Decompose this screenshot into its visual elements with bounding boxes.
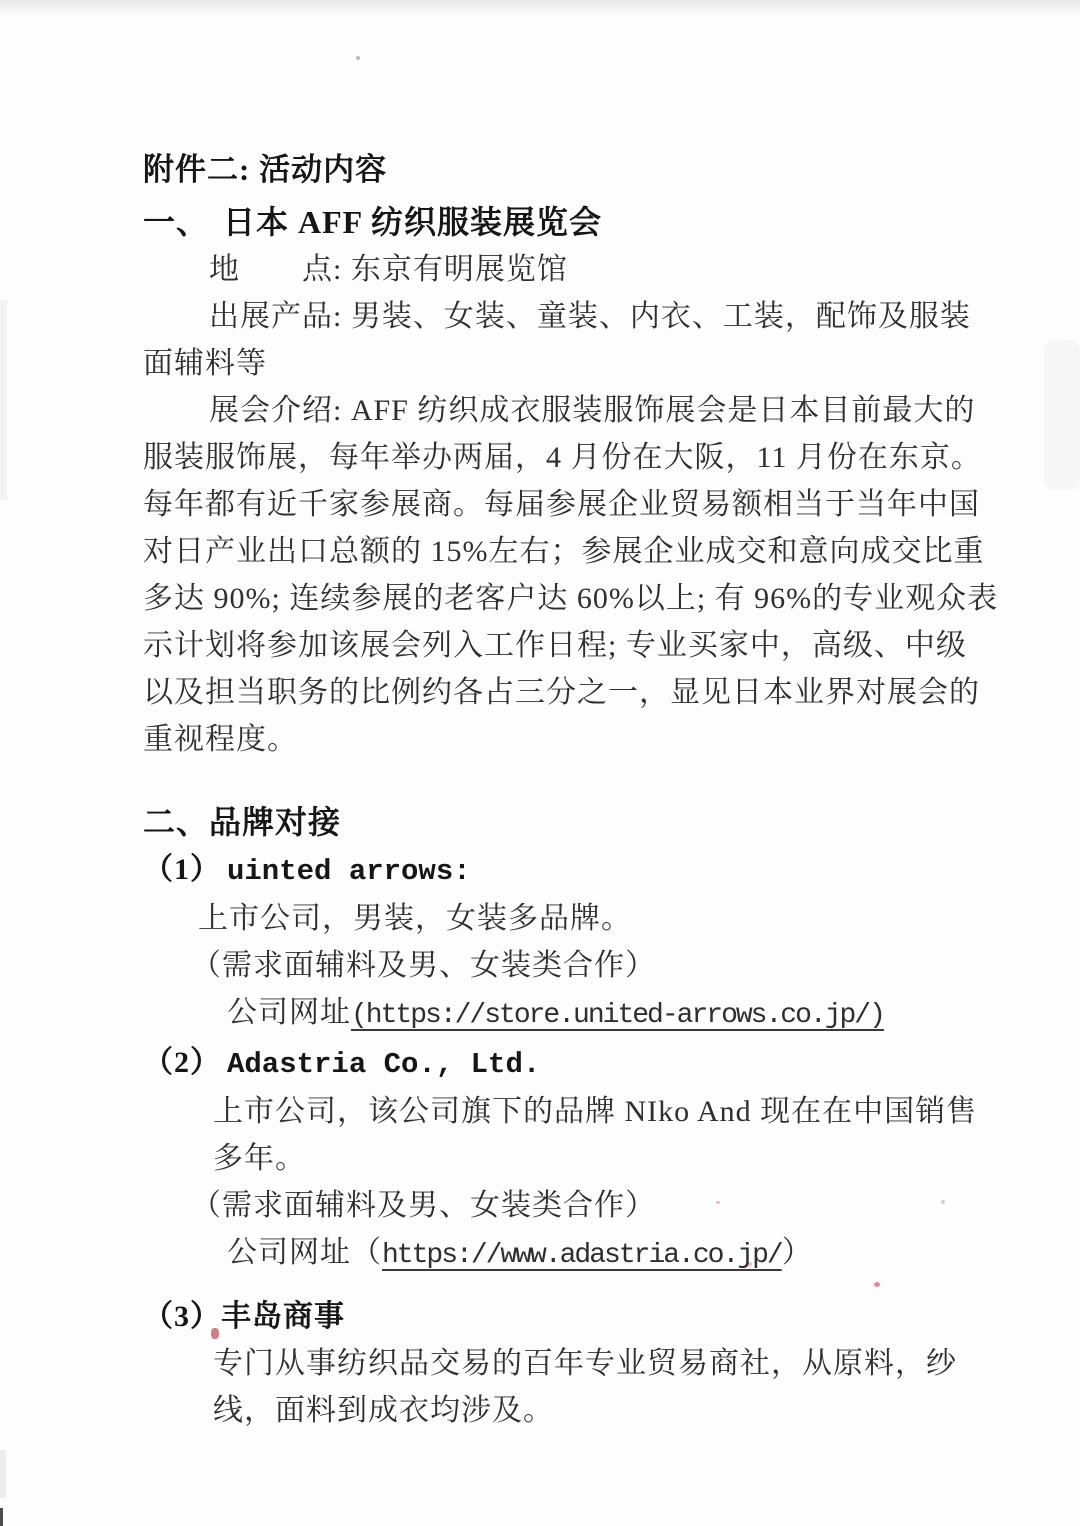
intro-line: 展会介绍: AFF 纺织成衣服装服饰展会是日本目前最大的	[143, 387, 993, 434]
scan-edge-shadow	[0, 0, 1080, 14]
intro-line: 对日产业出口总额的 15%左右；参展企业成交和意向成交比重	[143, 528, 993, 575]
brand2-heading: （2）Adastria Co., Ltd.	[143, 1039, 993, 1088]
line-location: 地 点: 东京有明展览馆	[143, 246, 993, 293]
line-products-cont: 面辅料等	[143, 340, 993, 387]
brand2-name: Adastria Co., Ltd.	[227, 1048, 540, 1081]
brand3-heading: （3）丰岛商事	[143, 1293, 993, 1340]
section1-title: 日本 AFF 纺织服装展览会	[223, 204, 602, 240]
section2-heading: 二、品牌对接	[143, 799, 993, 846]
brand2-description-cont: 多年。	[143, 1135, 993, 1182]
brand3-name: 丰岛商事	[221, 1300, 345, 1333]
line-products: 出展产品: 男装、女装、童装、内衣、工装，配饰及服装	[143, 293, 993, 340]
brand2-need: （需求面辅料及男、女装类合作）	[143, 1182, 993, 1229]
brand2-description: 上市公司，该公司旗下的品牌 NIko And 现在在中国销售	[143, 1088, 993, 1135]
brand1-name: uinted arrows:	[227, 855, 471, 888]
brand1-heading: （1）uinted arrows:	[143, 846, 993, 895]
website-label: 公司网址	[227, 1236, 351, 1269]
brand3-description: 专门从事纺织品交易的百年专业贸易商社，从原料，纱	[143, 1340, 993, 1387]
scan-right-artifact	[1044, 340, 1080, 490]
intro-line: 以及担当职务的比例约各占三分之一，显见日本业界对展会的	[143, 669, 993, 716]
brand2-url: https://www.adastria.co.jp/	[382, 1240, 782, 1271]
paren-open: （	[351, 1236, 382, 1269]
intro-line: 示计划将参加该展会列入工作日程; 专业买家中，高级、中级	[143, 622, 993, 669]
document-page: 附件二: 活动内容 一、日本 AFF 纺织服装展览会 地 点: 东京有明展览馆 …	[143, 146, 993, 1434]
intro-line: 重视程度。	[143, 716, 993, 763]
section1-heading: 一、日本 AFF 纺织服装展览会	[143, 199, 993, 246]
scan-left-artifact	[0, 1450, 6, 1498]
brand2-website-line: 公司网址（https://www.adastria.co.jp/）	[143, 1229, 993, 1279]
brand3-number: （3）	[143, 1300, 221, 1333]
brand1-website-line: 公司网址(https://store.united-arrows.co.jp/)	[143, 989, 993, 1039]
brand2-number: （2）	[143, 1046, 221, 1079]
section1-number: 一、	[143, 204, 209, 240]
brand3-description-cont: 线，面料到成衣均涉及。	[143, 1387, 993, 1434]
brand1-description: 上市公司，男装，女装多品牌。	[143, 895, 993, 942]
intro-line: 服装服饰展，每年举办两届，4 月份在大阪，11 月份在东京。	[143, 434, 993, 481]
attachment-heading: 附件二: 活动内容	[143, 146, 993, 193]
website-label: 公司网址	[227, 996, 351, 1029]
intro-line: 多达 90%; 连续参展的老客户达 60%以上; 有 96%的专业观众表	[143, 575, 993, 622]
brand1-number: （1）	[143, 853, 221, 886]
intro-line: 每年都有近千家参展商。每届参展企业贸易额相当于当年中国	[143, 481, 993, 528]
scan-speck	[356, 56, 360, 60]
brand1-url: (https://store.united-arrows.co.jp/)	[351, 1000, 884, 1031]
brand1-need: （需求面辅料及男、女装类合作）	[143, 942, 993, 989]
scan-corner-artifact	[0, 1508, 3, 1526]
scan-left-artifact	[0, 300, 7, 500]
paren-close: ）	[782, 1236, 813, 1269]
